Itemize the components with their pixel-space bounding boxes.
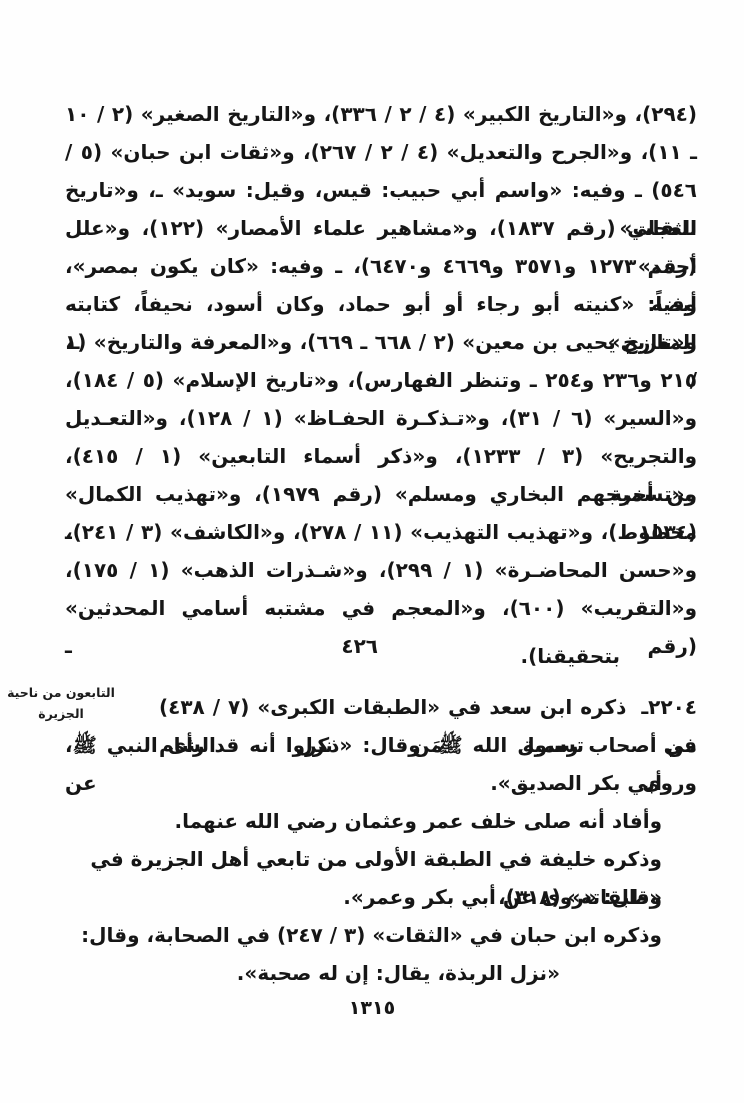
entry-quote-line: «نزل الربذة، يقال: إن له صحبة». <box>65 954 697 992</box>
entry-first-line: ٢٢٠٤ـ ذكره ابن سعد في «الطبقات الكبرى» (… <box>65 688 697 726</box>
book-page: (٢٩٤)، و«التاريخ الكبير» (٤ / ٢ / ٣٣٦)، … <box>0 0 744 1103</box>
biblio-line: والتجريح» (٣ / ١٢٣٣)، و«ذكر أسماء التابع… <box>65 437 697 475</box>
biblio-line: ـ ١١)، و«الجرح والتعديل» (٤ / ٢ / ٢٦٧)، … <box>65 133 697 171</box>
biblio-line: و«حسن المحاضـرة» (١ / ٢٩٩)، و«شـذرات الذ… <box>65 551 697 589</box>
biblio-line: ٢١٥ و٢٣٦ و٢٥٤ ـ وتنظر الفهارس)، و«تاريخ … <box>65 361 697 399</box>
entry-number: ٢٢٠٤ـ <box>641 695 697 719</box>
biblio-line: للعجلي (رقم ١٨٣٧)، و«مشاهير علماء الأمصا… <box>65 209 697 247</box>
entry-2204: ٢٢٠٤ـ ذكره ابن سعد في «الطبقات الكبرى» (… <box>65 688 697 992</box>
biblio-line: أيضاً: «كنيته أبو رجاء أو أبو حماد، وكان… <box>65 285 697 323</box>
biblio-line: من أخرجهم البخاري ومسلم» (رقم ١٩٧٩)، و«ت… <box>65 475 697 513</box>
entry-line: وذكره خليفة في الطبقة الأولى من تابعي أه… <box>65 840 697 878</box>
biblio-line: و«السير» (٦ / ٣١)، و«تـذكـرة الحفـاظ» (١… <box>65 399 697 437</box>
biblio-paragraph: (٢٩٤)، و«التاريخ الكبير» (٤ / ٢ / ٣٣٦)، … <box>65 95 697 675</box>
biblio-line: (رقم ١٢٧٣ و٣٥٧١ و٤٦٦٩ و٦٤٧٠)، ـ وفيه: «ك… <box>65 247 697 285</box>
biblio-line: و«التقريب» (٦٠٠)، و«المعجم في مشتبه أسام… <box>65 589 697 627</box>
entry-line: وأفاد أنه صلى خلف عمر وعثمان رضي الله عن… <box>65 802 697 840</box>
entry-line: وذكره ابن حبان في «الثقات» (٣ / ٢٤٧) في … <box>65 916 697 954</box>
biblio-line: ٥٤٦) ـ وفيه: «واسم أبي حبيب: قيس، وقيل: … <box>65 171 697 209</box>
biblio-line: و«تاريخ يحيى بن معين» (٢ / ٦٦٨ ـ ٦٦٩)، و… <box>65 323 697 361</box>
entry-line: وقال: «روى عن أبي بكر وعمر». <box>65 878 697 916</box>
entry-line: من أصحاب رسول الله ﷺ، وقال: «ذكروا أنه ق… <box>65 726 697 764</box>
page-number: ١٣١٥ <box>0 997 744 1019</box>
biblio-line: مخطوط)، و«تهذيب التهذيب» (١١ / ٢٧٨)، و«ا… <box>65 513 697 551</box>
biblio-line: (٢٩٤)، و«التاريخ الكبير» (٤ / ٢ / ٣٣٦)، … <box>65 95 697 133</box>
